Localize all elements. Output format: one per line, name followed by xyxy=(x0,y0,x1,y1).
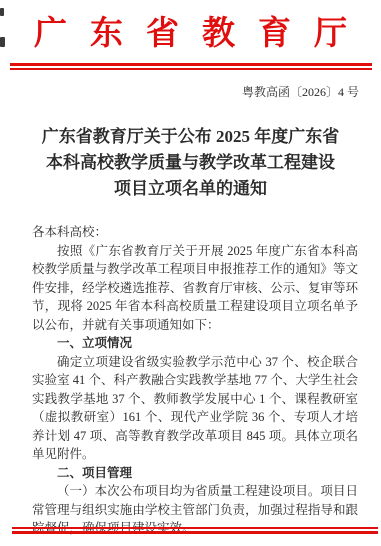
document-body: 各本科高校： 按照《广东省教育厅关于开展 2025 年度广东省本科高校教学质量与… xyxy=(0,223,381,538)
scan-artifact xyxy=(0,8,4,16)
document-title-line2: 本科高校教学质量与教学改革工程建设 xyxy=(0,150,381,176)
scan-artifact xyxy=(0,37,5,47)
document-title-line3: 项目立项名单的通知 xyxy=(0,176,381,202)
salutation: 各本科高校： xyxy=(32,223,358,242)
document-title-line1: 广东省教育厅关于公布 2025 年度广东省 xyxy=(0,124,381,150)
letterhead-divider xyxy=(10,63,372,70)
section-heading-1: 一、立项情况 xyxy=(32,334,358,353)
document-title: 广东省教育厅关于公布 2025 年度广东省 本科高校教学质量与教学改革工程建设 … xyxy=(0,124,381,202)
document-number: 粤教高函〔2026〕4 号 xyxy=(0,85,381,99)
agency-letterhead: 广东省教育厅 xyxy=(6,15,381,54)
official-notice-page: 广东省教育厅 粤教高函〔2026〕4 号 广东省教育厅关于公布 2025 年度广… xyxy=(0,0,381,546)
paragraph-intro: 按照《广东省教育厅关于开展 2025 年度广东省本科高校教学质量与教学改革工程项… xyxy=(32,242,358,335)
footer-divider xyxy=(12,527,378,534)
section-heading-2: 二、项目管理 xyxy=(32,464,358,483)
paragraph-section-1: 确定立项建设省级实验教学示范中心 37 个、校企联合实验室 41 个、科产教融合… xyxy=(32,353,358,464)
